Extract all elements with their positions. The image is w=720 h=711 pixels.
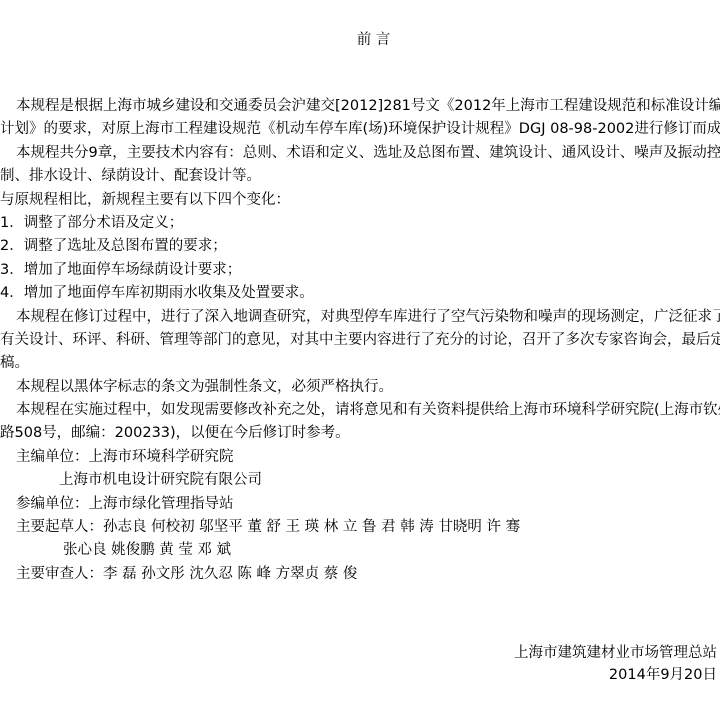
feedback-line-2: 路508号，邮编：200233)，以便在今后修订时参考。 [0,422,720,445]
feedback-line-1: 本规程在实施过程中，如发现需要修改补充之处，请将意见和有关资料提供给上海市环境科… [0,399,720,422]
reviewers-line: 主要审查人：李 磊 孙文彤 沈久忍 陈 峰 方翠贞 蔡 俊 [0,563,720,586]
signature-block: 上海市建筑建材业市场管理总站 2014年9月20日 [514,643,717,686]
signature-date: 2014年9月20日 [514,665,717,687]
document-page: 前 言 本规程是根据上海市城乡建设和交通委员会沪建交[2012]281号文《20… [0,0,720,711]
drafters-line-2: 张心良 姚俊鹏 黄 莹 邓 斌 [0,539,720,562]
drafters-line-1: 主要起草人：孙志良 何校初 邬坚平 董 舒 王 瑛 林 立 鲁 君 韩 涛 甘晓… [0,516,720,539]
co-editor-unit-line: 参编单位：上海市绿化管理指导站 [0,493,720,516]
chapters-line-1: 本规程共分9章，主要技术内容有：总则、术语和定义、选址及总图布置、建筑设计、通风… [0,142,720,165]
intro-line-2: 计划》的要求，对原上海市工程建设规范《机动车停车库(场)环境保护设计规程》DGJ… [0,118,720,141]
mandatory-provisions-line: 本规程以黑体字标志的条文为强制性条文，必须严格执行。 [0,376,720,399]
chief-editor-unit-line-2: 上海市机电设计研究院有限公司 [0,469,720,492]
document-body: 本规程是根据上海市城乡建设和交通委员会沪建交[2012]281号文《2012年上… [0,95,720,586]
signature-organization: 上海市建筑建材业市场管理总站 [514,643,717,665]
change-item-2: 2．调整了选址及总图布置的要求； [0,235,720,258]
change-item-1: 1．调整了部分术语及定义； [0,212,720,235]
change-item-3: 3．增加了地面停车场绿荫设计要求； [0,259,720,282]
changes-intro-line: 与原规程相比，新规程主要有以下四个变化： [0,189,720,212]
revision-process-line-3: 稿。 [0,352,720,375]
intro-line-1: 本规程是根据上海市城乡建设和交通委员会沪建交[2012]281号文《2012年上… [0,95,720,118]
chapters-line-2: 制、排水设计、绿荫设计、配套设计等。 [0,165,720,188]
change-item-4: 4．增加了地面停车库初期雨水收集及处置要求。 [0,282,720,305]
revision-process-line-1: 本规程在修订过程中，进行了深入地调查研究，对典型停车库进行了空气污染物和噪声的现… [0,306,720,329]
revision-process-line-2: 有关设计、环评、科研、管理等部门的意见，对其中主要内容进行了充分的讨论，召开了多… [0,329,720,352]
page-title: 前 言 [27,29,720,52]
chief-editor-unit-line: 主编单位：上海市环境科学研究院 [0,446,720,469]
